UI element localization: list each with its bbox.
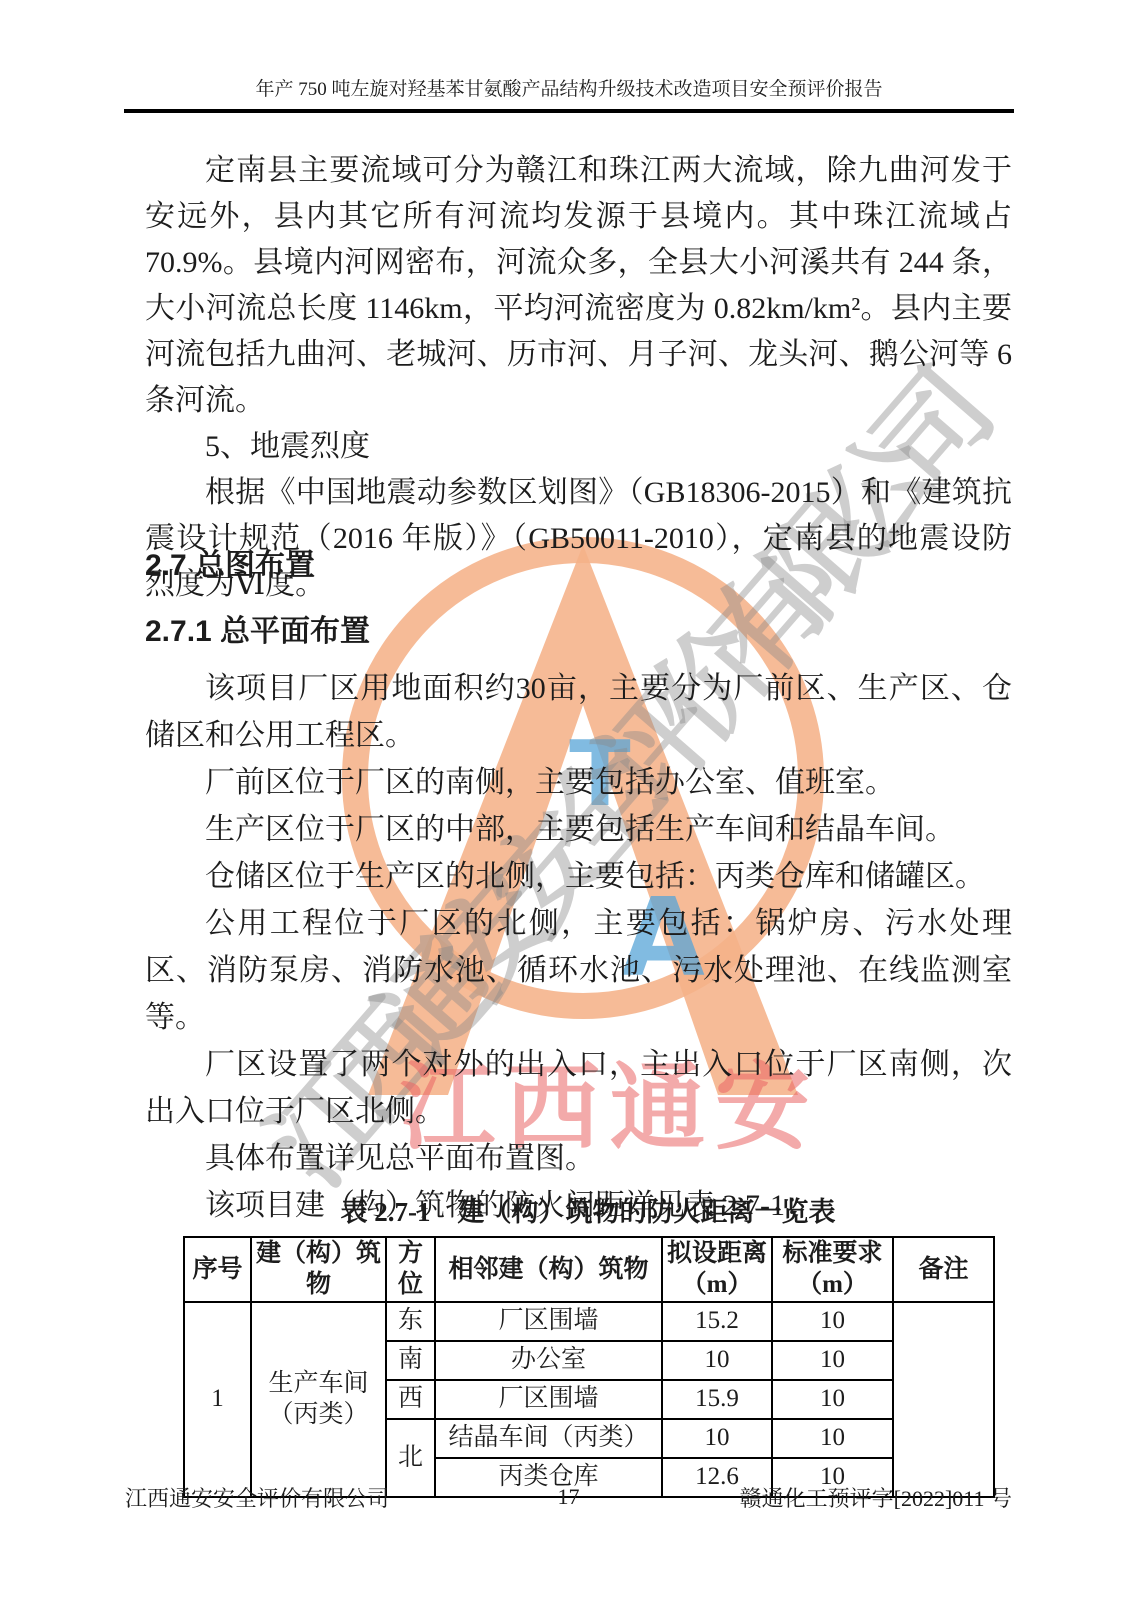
- cell-proposed: 15.2: [662, 1302, 772, 1341]
- cell-proposed: 15.9: [662, 1380, 772, 1419]
- col-header-serial: 序号: [184, 1237, 251, 1302]
- page-header-title: 年产 750 吨左旋对羟基苯甘氨酸产品结构升级技术改造项目安全预评价报告: [124, 74, 1014, 113]
- cell-neighbor: 结晶车间（丙类）: [435, 1419, 662, 1458]
- cell-standard: 10: [772, 1341, 893, 1380]
- paragraph-rivers: 定南县主要流域可分为赣江和珠江两大流域，除九曲河发于安远外，县内其它所有河流均发…: [145, 148, 1012, 424]
- table-row: 1 生产车间 （丙类） 东 厂区围墙 15.2 10: [184, 1302, 994, 1341]
- cell-neighbor: 厂区围墙: [435, 1380, 662, 1419]
- paragraph-seismic-heading: 5、地震烈度: [145, 424, 1012, 470]
- col-header-proposed-distance: 拟设距离 （m）: [662, 1237, 772, 1302]
- col-header-standard-requirement: 标准要求 （m）: [772, 1237, 893, 1302]
- body-text-block-1: 定南县主要流域可分为赣江和珠江两大流域，除九曲河发于安远外，县内其它所有河流均发…: [145, 148, 1012, 608]
- cell-standard: 10: [772, 1380, 893, 1419]
- col-header-building: 建（构）筑物: [251, 1237, 386, 1302]
- cell-standard: 10: [772, 1302, 893, 1341]
- cell-remark: [893, 1302, 994, 1497]
- col-header-direction: 方 位: [386, 1237, 435, 1302]
- footer-company-name: 江西通安安全评价有限公司: [125, 1482, 389, 1513]
- paragraph-seismic-detail: 根据《中国地震动参数区划图》（GB18306-2015）和《建筑抗震设计规范（2…: [145, 470, 1012, 608]
- table-header-row: 序号 建（构）筑物 方 位 相邻建（构）筑物 拟设距离 （m） 标准要求 （m）…: [184, 1237, 994, 1302]
- cell-proposed: 10: [662, 1419, 772, 1458]
- cell-neighbor: 办公室: [435, 1341, 662, 1380]
- cell-serial: 1: [184, 1302, 251, 1497]
- cell-direction: 北: [386, 1419, 435, 1497]
- paragraph-layout-reference: 具体布置详见总平面布置图。: [145, 1135, 1012, 1182]
- body-text-block-2: 该项目厂区用地面积约30亩，主要分为厂前区、生产区、仓储区和公用工程区。 厂前区…: [145, 665, 1012, 1229]
- cell-direction: 东: [386, 1302, 435, 1341]
- document-page: T A 江西通安安全评价有限公司 江西通安 年产 750 吨左旋对羟基苯甘氨酸产…: [0, 0, 1131, 1600]
- cell-direction: 西: [386, 1380, 435, 1419]
- section-heading-2-7-1: 2.7.1 总平面布置: [145, 606, 370, 650]
- paragraph-storage-zone: 仓储区位于生产区的北侧，主要包括：丙类仓库和储罐区。: [145, 853, 1012, 900]
- paragraph-utility-zone: 公用工程位于厂区的北侧，主要包括：锅炉房、污水处理区、消防泵房、消防水池、循环水…: [145, 900, 1012, 1041]
- cell-proposed: 10: [662, 1341, 772, 1380]
- footer-page-number: 17: [558, 1484, 580, 1510]
- paragraph-production-zone: 生产区位于厂区的中部，主要包括生产车间和结晶车间。: [145, 806, 1012, 853]
- cell-neighbor: 丙类仓库: [435, 1458, 662, 1497]
- footer-doc-number: 赣通化工预评字[2022]011 号: [740, 1482, 1012, 1513]
- paragraph-site-area: 该项目厂区用地面积约30亩，主要分为厂前区、生产区、仓储区和公用工程区。: [145, 665, 1012, 759]
- paragraph-front-zone: 厂前区位于厂区的南侧，主要包括办公室、值班室。: [145, 759, 1012, 806]
- paragraph-entrances: 厂区设置了两个对外的出入口，主出入口位于厂区南侧，次出入口位于厂区北侧。: [145, 1041, 1012, 1135]
- fire-distance-table-area: 表 2.7-1 建（构）筑物的防火距离一览表 序号 建（构）筑物 方 位 相邻建…: [183, 1190, 993, 1498]
- fire-distance-table: 序号 建（构）筑物 方 位 相邻建（构）筑物 拟设距离 （m） 标准要求 （m）…: [183, 1236, 995, 1498]
- col-header-neighbor: 相邻建（构）筑物: [435, 1237, 662, 1302]
- cell-neighbor: 厂区围墙: [435, 1302, 662, 1341]
- cell-building: 生产车间 （丙类）: [251, 1302, 386, 1497]
- col-header-remark: 备注: [893, 1237, 994, 1302]
- section-heading-2-7: 2.7 总图布置: [145, 540, 315, 584]
- table-caption: 表 2.7-1 建（构）筑物的防火距离一览表: [183, 1190, 993, 1229]
- cell-direction: 南: [386, 1341, 435, 1380]
- cell-standard: 10: [772, 1419, 893, 1458]
